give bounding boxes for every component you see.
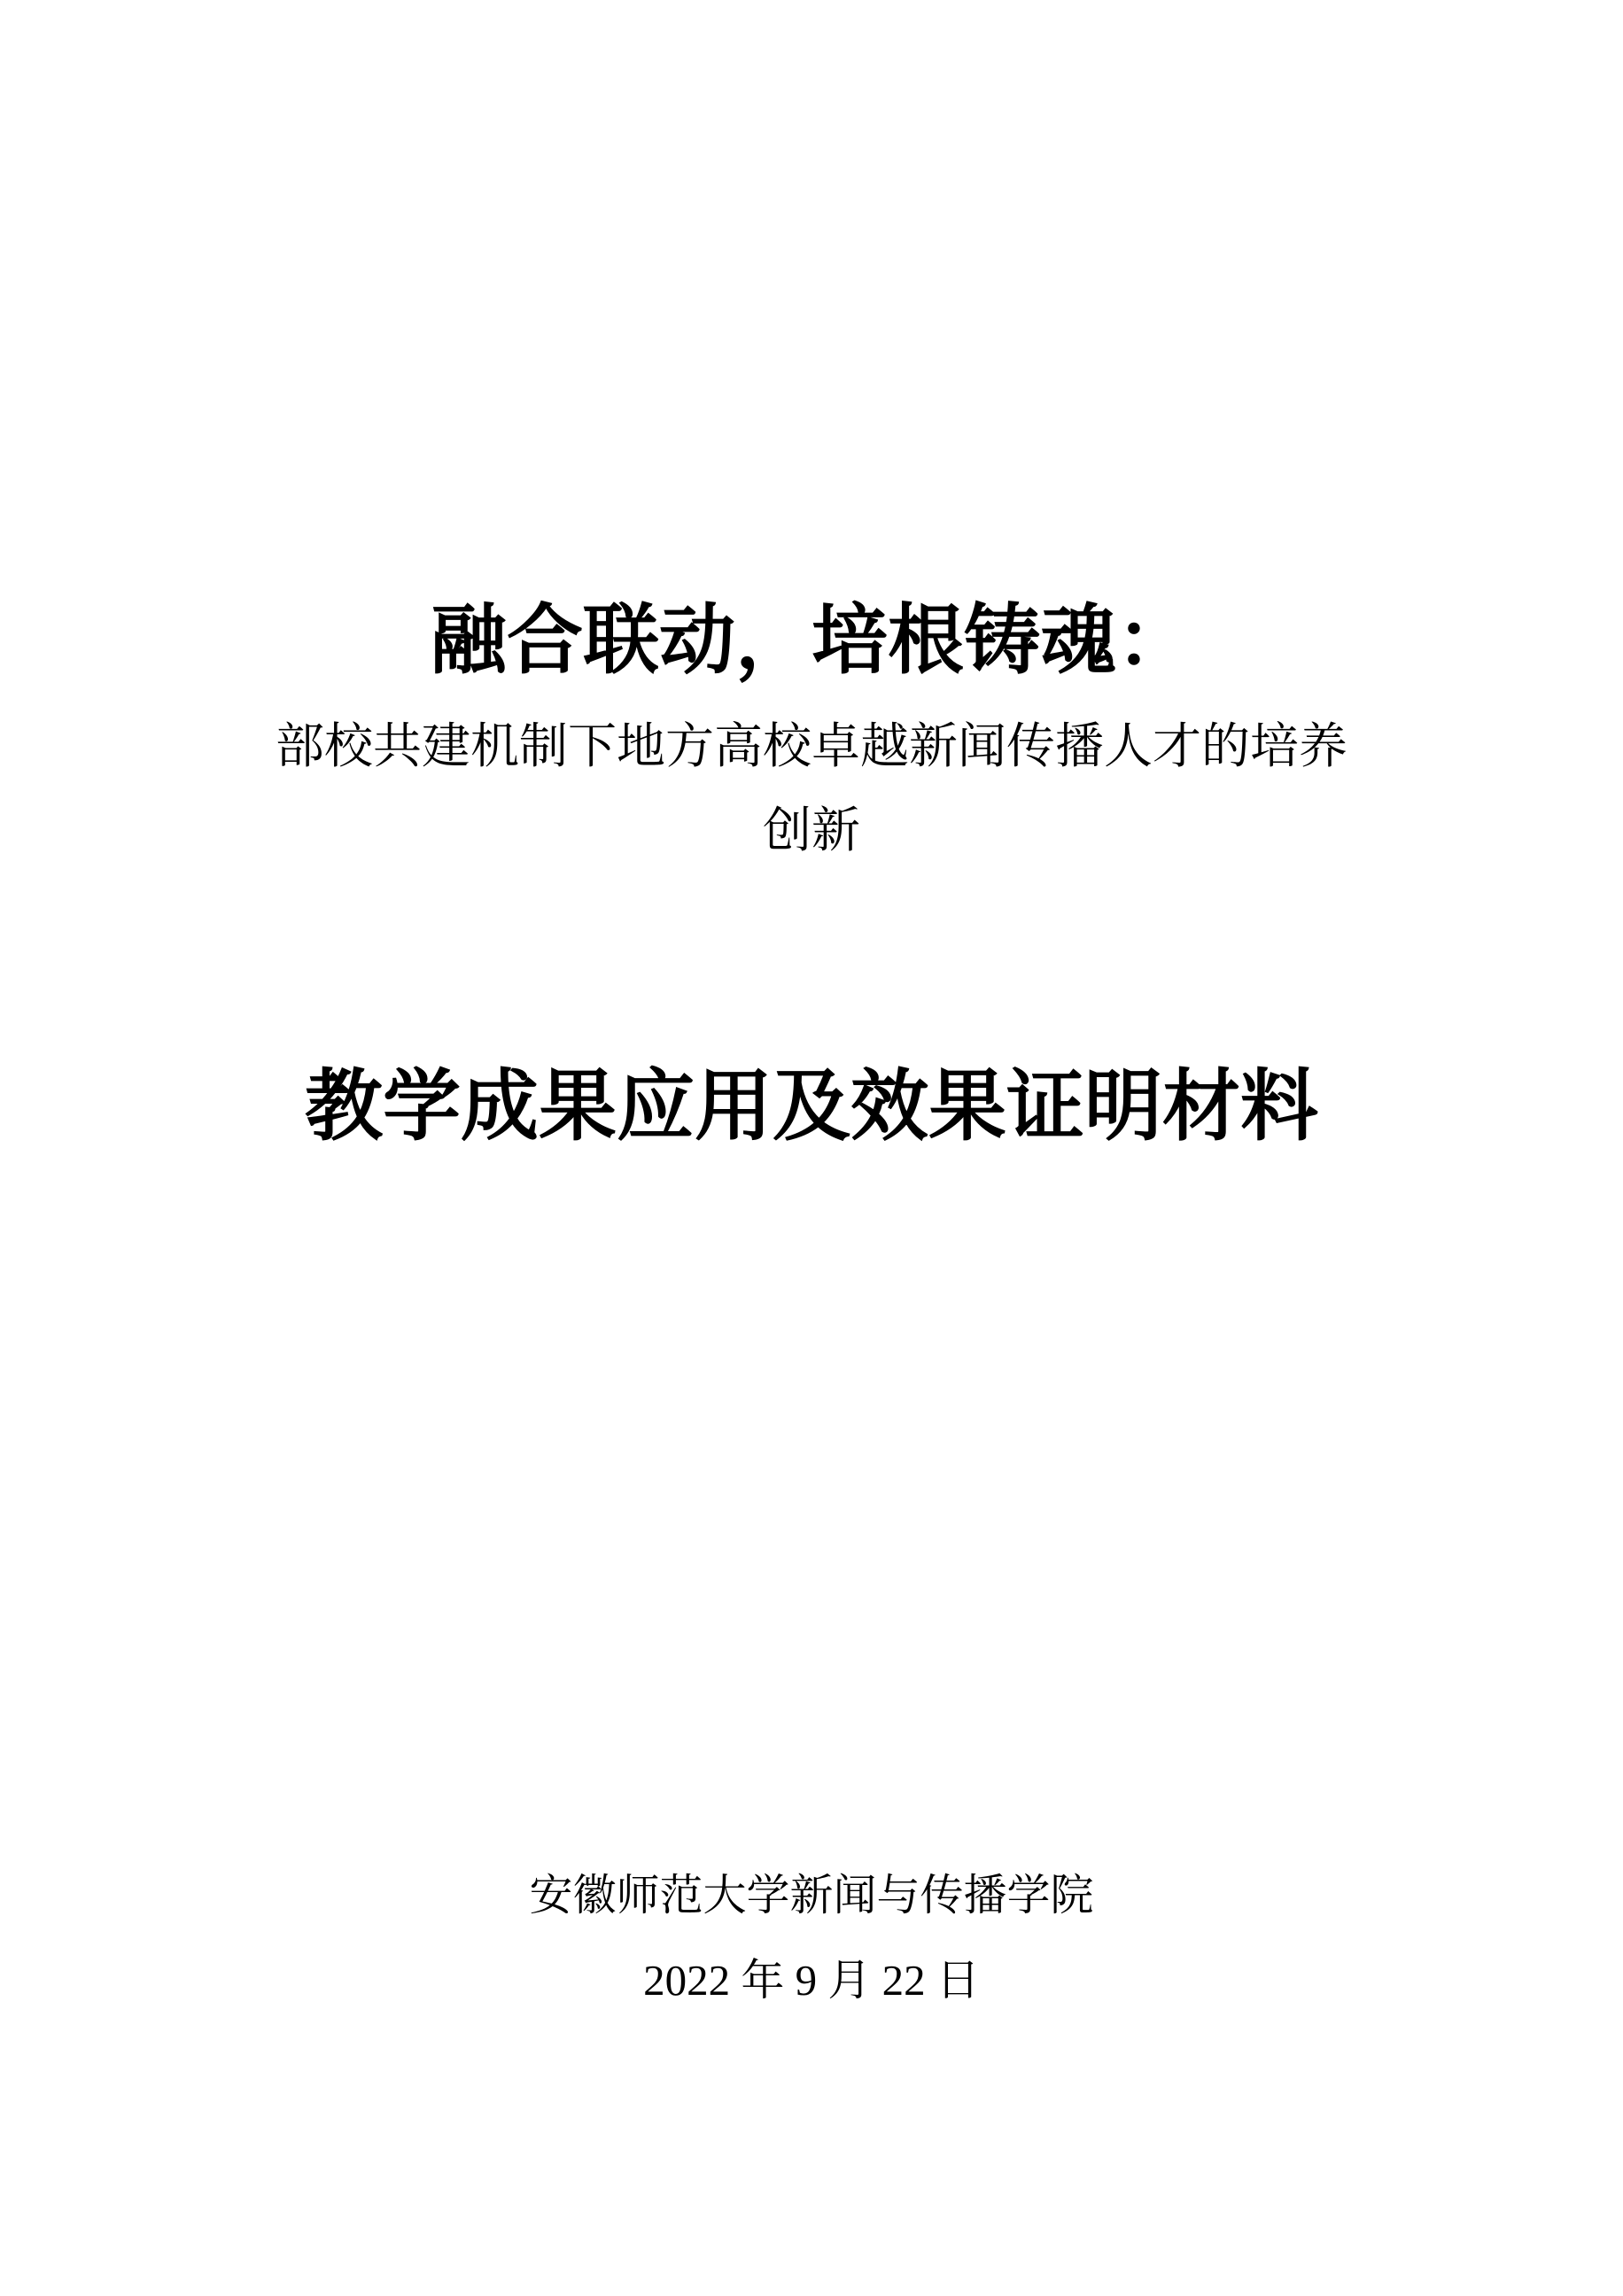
cover-title: 融合联动，培根铸魂： <box>0 602 1623 679</box>
document-type-heading: 教学成果应用及效果证明材料 <box>0 1069 1623 1147</box>
organization-name: 安徽师范大学新闻与传播学院 <box>0 1873 1623 1917</box>
cover-subtitle-line-2: 创新 <box>0 806 1623 855</box>
cover-subtitle-line-1: 部校共建机制下地方高校卓越新闻传播人才的培养 <box>0 722 1623 771</box>
document-date: 2022 年 9 月 22 日 <box>0 1959 1623 2002</box>
